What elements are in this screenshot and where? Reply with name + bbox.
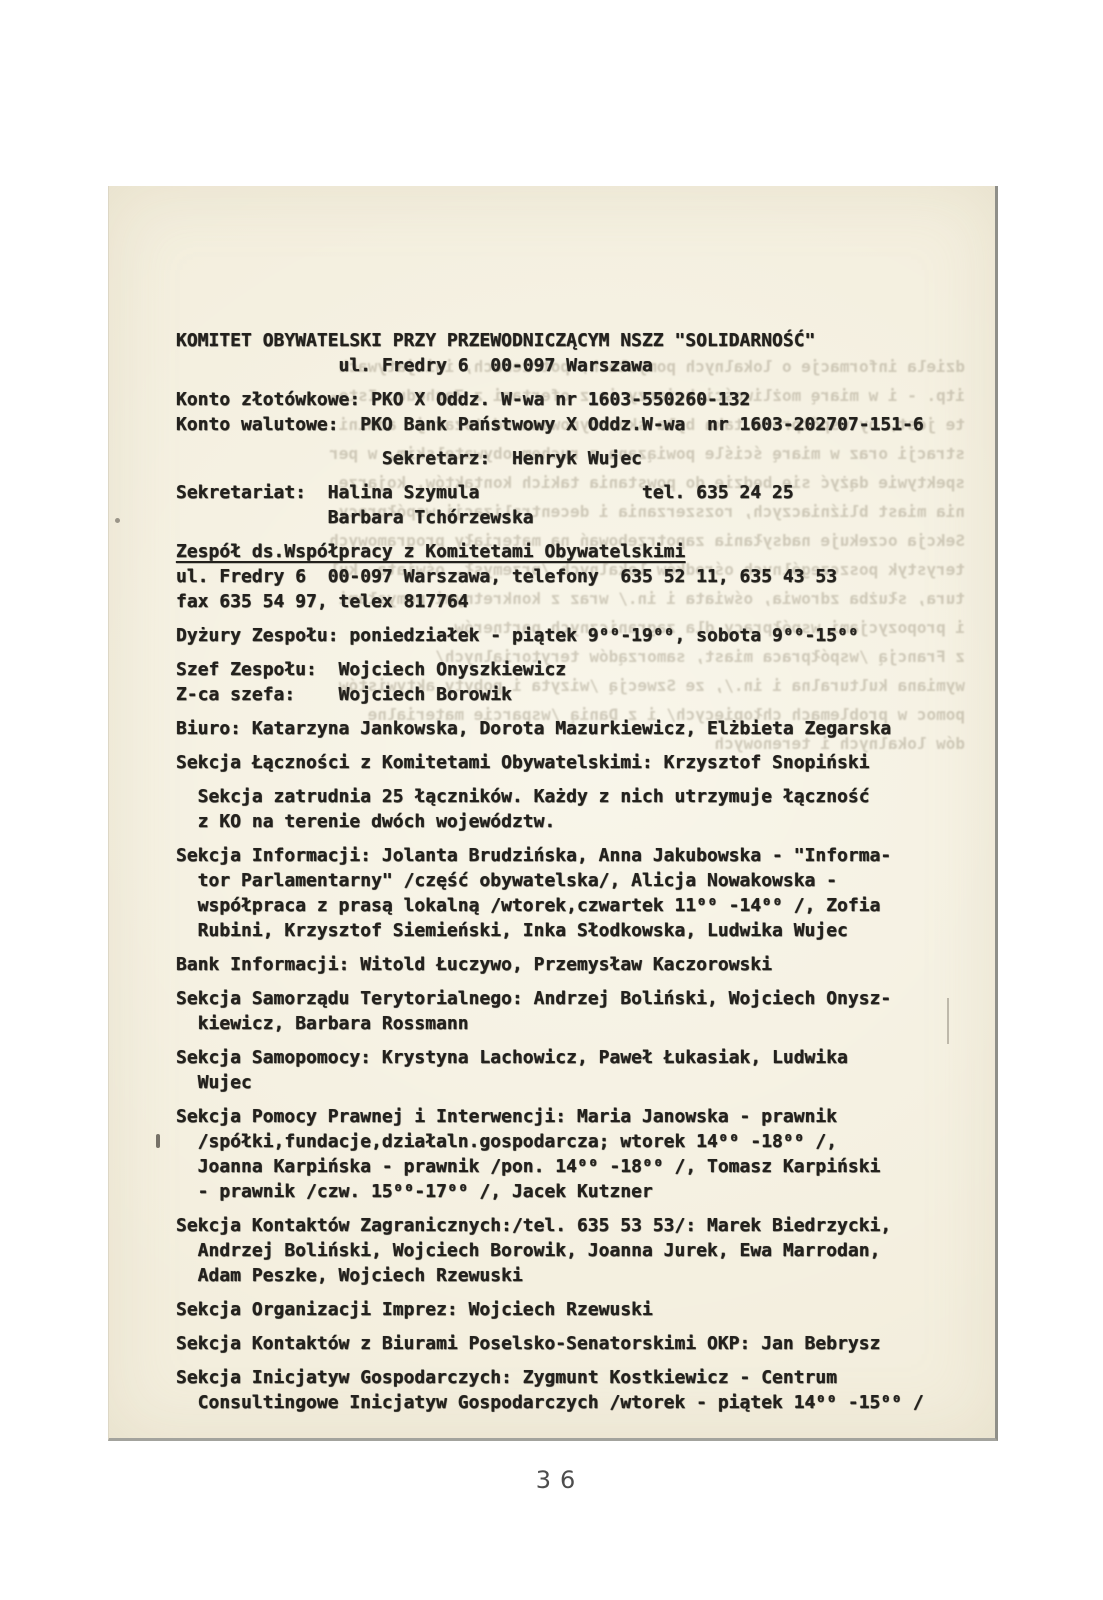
dyzury-line: Dyżury Zespołu: poniedziałek - piątek 9⁰… bbox=[176, 623, 976, 648]
zespol-heading: Zespół ds.Współpracy z Komitetami Obywat… bbox=[176, 539, 976, 564]
sekcja-informacji-3: współpraca z prasą lokalną /wtorek,czwar… bbox=[176, 893, 976, 918]
scan-background: dziela informacje o lokalnych pomysłach,… bbox=[0, 0, 1103, 1600]
sekcja-lacznosci-desc: Sekcja zatrudnia 25 łączników. Każdy z n… bbox=[176, 784, 976, 809]
document-title: KOMITET OBYWATELSKI PRZY PRZEWODNICZĄCYM… bbox=[176, 328, 976, 353]
ink-speck bbox=[115, 518, 120, 523]
sekcja-kontaktow-okp: Sekcja Kontaktów z Biurami Poselsko-Sena… bbox=[176, 1331, 976, 1356]
sekcja-informacji-4: Rubini, Krzysztof Siemieński, Inka Słodk… bbox=[176, 918, 976, 943]
ink-speck bbox=[156, 1134, 160, 1148]
sekcja-lacznosci: Sekcja Łączności z Komitetami Obywatelsk… bbox=[176, 750, 976, 775]
sekretarz-line: Sekretarz: Henryk Wujec bbox=[176, 446, 976, 471]
sekcja-samorzadu-2: kiewicz, Barbara Rossmann bbox=[176, 1011, 976, 1036]
scanned-page: dziela informacje o lokalnych pomysłach,… bbox=[108, 186, 998, 1441]
sekcja-informacji-2: tor Parlamentarny" /część obywatelska/, … bbox=[176, 868, 976, 893]
sekcja-informacji: Sekcja Informacji: Jolanta Brudzińska, A… bbox=[176, 843, 976, 868]
sekcja-samopomocy-2: Wujec bbox=[176, 1070, 976, 1095]
konto-walutowe: Konto walutowe: PKO Bank Państwowy X Odd… bbox=[176, 412, 976, 437]
address-line: ul. Fredry 6 00-097 Warszawa bbox=[176, 353, 976, 378]
sekcja-inicjatyw-gospodarczych: Sekcja Inicjatyw Gospodarczych: Zygmunt … bbox=[176, 1365, 976, 1390]
typed-text-block: KOMITET OBYWATELSKI PRZY PRZEWODNICZĄCYM… bbox=[176, 328, 976, 1415]
sekcja-inicjatyw-gospodarczych-2: Consultingowe Inicjatyw Gospodarczych /w… bbox=[176, 1390, 976, 1415]
konto-zlotowkowe: Konto złotówkowe: PKO X Oddz. W-wa nr 16… bbox=[176, 387, 976, 412]
sekcja-lacznosci-desc-2: z KO na terenie dwóch województw. bbox=[176, 809, 976, 834]
sekcja-organizacji-imprez: Sekcja Organizacji Imprez: Wojciech Rzew… bbox=[176, 1297, 976, 1322]
zespol-fax-telex: fax 635 54 97, telex 817764 bbox=[176, 589, 976, 614]
sekcja-pomocy-prawnej-3: Joanna Karpińska - prawnik /pon. 14⁰⁰ -1… bbox=[176, 1154, 976, 1179]
scan-crease-mark bbox=[947, 998, 949, 1044]
sekcja-kontaktow-zagranicznych: Sekcja Kontaktów Zagranicznych:/tel. 635… bbox=[176, 1213, 976, 1238]
szef-zespolu: Szef Zespołu: Wojciech Onyszkiewicz bbox=[176, 657, 976, 682]
zca-szefa: Z-ca szefa: Wojciech Borowik bbox=[176, 682, 976, 707]
bank-informacji: Bank Informacji: Witold Łuczywo, Przemys… bbox=[176, 952, 976, 977]
sekcja-samopomocy: Sekcja Samopomocy: Krystyna Lachowicz, P… bbox=[176, 1045, 976, 1070]
sekretariat-line-2: Barbara Tchórzewska bbox=[176, 505, 976, 530]
sekcja-samorzadu: Sekcja Samorządu Terytorialnego: Andrzej… bbox=[176, 986, 976, 1011]
biuro-line: Biuro: Katarzyna Jankowska, Dorota Mazur… bbox=[176, 716, 976, 741]
sekcja-kontaktow-zagranicznych-3: Adam Peszke, Wojciech Rzewuski bbox=[176, 1263, 976, 1288]
page-number: 36 bbox=[108, 1466, 1003, 1494]
sekcja-kontaktow-zagranicznych-2: Andrzej Boliński, Wojciech Borowik, Joan… bbox=[176, 1238, 976, 1263]
zespol-address: ul. Fredry 6 00-097 Warszawa, telefony 6… bbox=[176, 564, 976, 589]
sekretariat-line: Sekretariat: Halina Szymula tel. 635 24 … bbox=[176, 480, 976, 505]
sekcja-pomocy-prawnej: Sekcja Pomocy Prawnej i Interwencji: Mar… bbox=[176, 1104, 976, 1129]
sekcja-pomocy-prawnej-4: - prawnik /czw. 15⁰⁰-17⁰⁰ /, Jacek Kutzn… bbox=[176, 1179, 976, 1204]
sekcja-pomocy-prawnej-2: /spółki,fundacje,działaln.gospodarcza; w… bbox=[176, 1129, 976, 1154]
